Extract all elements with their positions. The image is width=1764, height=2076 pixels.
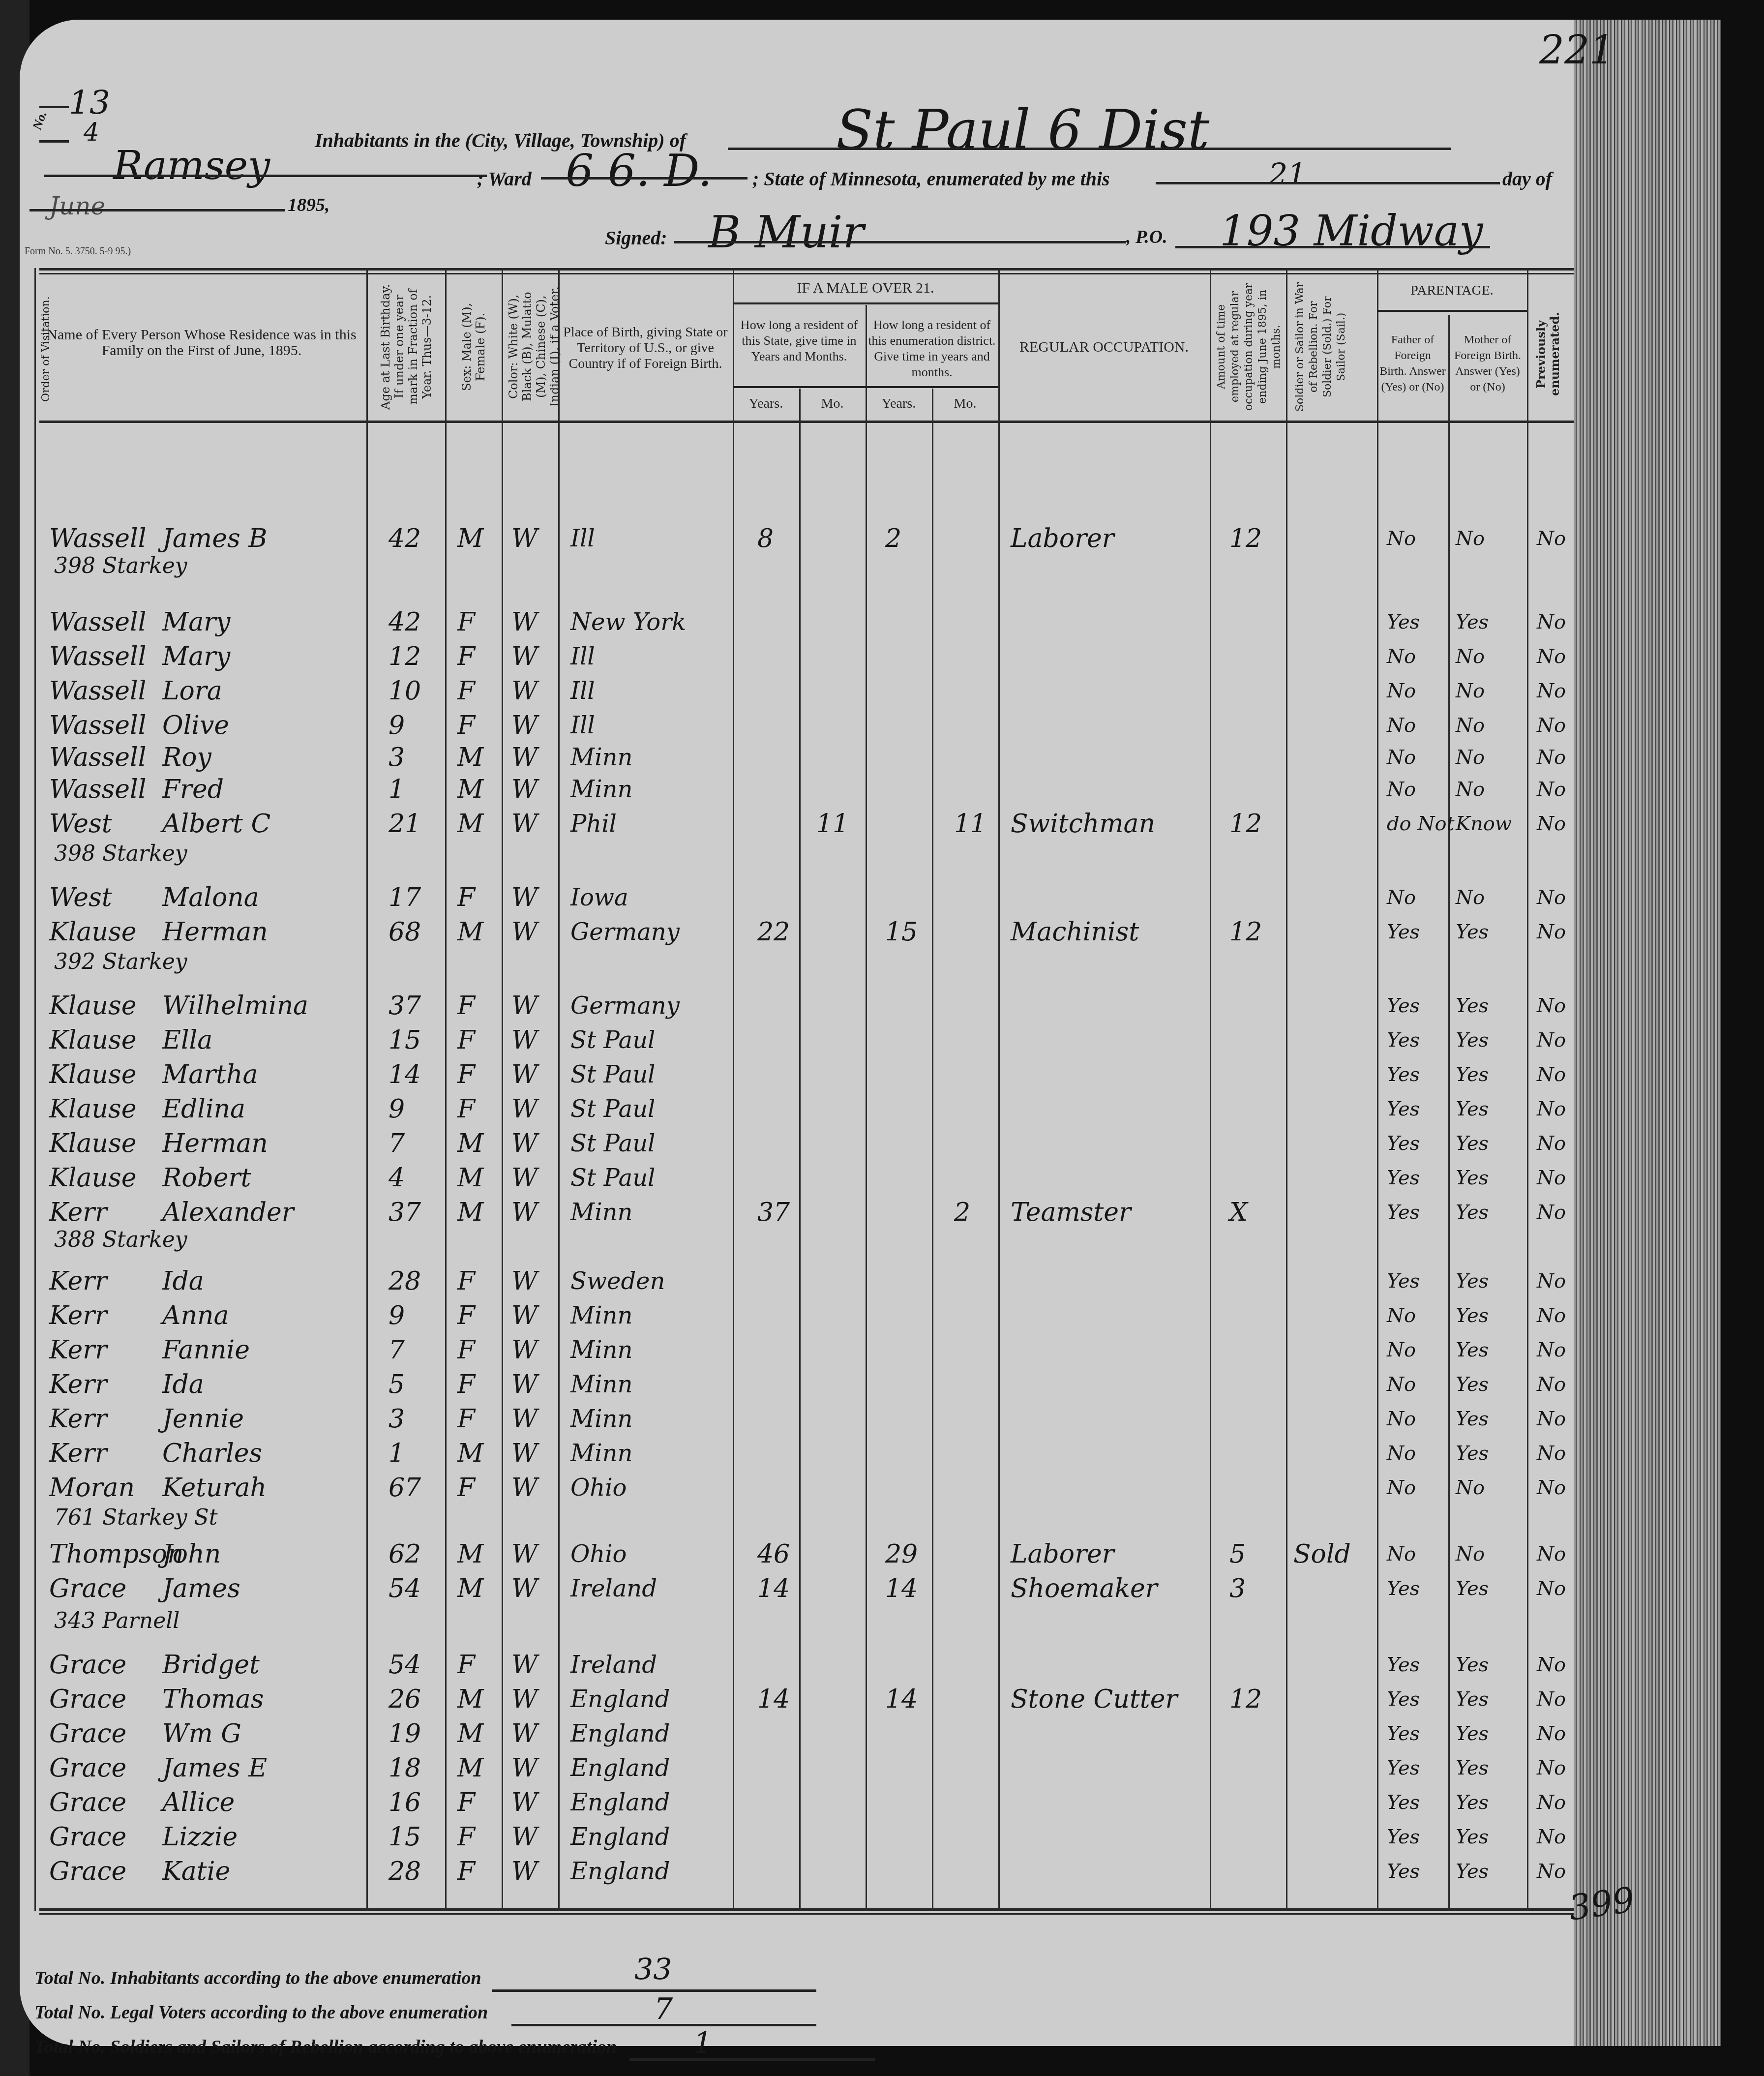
color-cell: W — [511, 1537, 538, 1571]
sex-cell: F — [457, 708, 475, 743]
employed-cell: 12 — [1229, 521, 1262, 556]
sex-cell: F — [457, 1333, 475, 1367]
age-cell: 37 — [389, 989, 421, 1023]
age-cell: 14 — [389, 1057, 421, 1092]
father-foreign-cell: Yes — [1387, 1571, 1420, 1606]
father-foreign-cell: No — [1387, 1537, 1416, 1571]
age-cell: 7 — [389, 1126, 405, 1161]
age-cell: 16 — [389, 1785, 421, 1820]
day-value: 21 — [1269, 157, 1306, 192]
birthplace-cell: England — [570, 1785, 670, 1820]
col-color: Color: White (W), Black (B), Mulatto (M)… — [507, 280, 553, 413]
father-foreign-cell: do Not — [1387, 807, 1455, 841]
surname-cell: Wassell — [49, 674, 146, 708]
father-foreign-cell: Yes — [1387, 915, 1420, 949]
col-occupation: REGULAR OCCUPATION. — [998, 339, 1210, 355]
father-foreign-cell: No — [1387, 674, 1416, 708]
mother-foreign-cell: Yes — [1456, 1333, 1489, 1367]
total-soldiers-label: Total No. Soldiers and Sailors of Rebell… — [34, 2036, 617, 2058]
table-row: GraceJames E18MWEnglandYesYesNo — [0, 1751, 1574, 1785]
surname-cell: Grace — [49, 1820, 126, 1854]
sex-cell: M — [457, 1682, 483, 1716]
previously-enumerated-cell: No — [1537, 1682, 1566, 1716]
sex-cell: F — [457, 1298, 475, 1333]
address-note: 398 Starkey — [54, 841, 187, 866]
age-cell: 18 — [389, 1751, 421, 1785]
table-row: WassellMary42FWNew YorkYesYesNo — [0, 605, 1574, 639]
father-foreign-cell: No — [1387, 740, 1416, 775]
surname-cell: Kerr — [49, 1264, 107, 1298]
color-cell: W — [511, 1402, 538, 1436]
color-cell: W — [511, 1471, 538, 1505]
table-row: WassellLora10FWIllNoNoNo — [0, 674, 1574, 708]
given-name-cell: Wilhelmina — [162, 989, 308, 1023]
sex-cell: F — [457, 1367, 475, 1402]
table-row: KerrIda5FWMinnNoYesNo — [0, 1367, 1574, 1402]
given-name-cell: Edlina — [162, 1092, 245, 1126]
signed-value: B Muir — [708, 207, 864, 258]
occupation-cell: Machinist — [1011, 915, 1139, 949]
color-cell: W — [511, 1682, 538, 1716]
age-cell: 28 — [389, 1854, 421, 1889]
sex-cell: F — [457, 1402, 475, 1436]
mother-foreign-cell: Yes — [1456, 915, 1489, 949]
surname-cell: Klause — [49, 1023, 136, 1057]
table-row: KerrFannie7FWMinnNoYesNo — [0, 1333, 1574, 1367]
col-name: Name of Every Person Whose Residence was… — [44, 327, 359, 359]
birthplace-cell: Germany — [570, 989, 680, 1023]
given-name-cell: Katie — [162, 1854, 230, 1889]
previously-enumerated-cell: No — [1537, 1571, 1566, 1606]
sex-cell: F — [457, 639, 475, 674]
col-age: Age at Last Birthday. If under one year … — [379, 280, 433, 413]
surname-cell: Wassell — [49, 708, 146, 743]
age-cell: 42 — [389, 605, 421, 639]
age-cell: 17 — [389, 880, 421, 915]
table-row: GraceLizzie15FWEnglandYesYesNo — [0, 1820, 1574, 1854]
birthplace-cell: Germany — [570, 915, 680, 949]
surname-cell: Grace — [49, 1854, 126, 1889]
age-cell: 21 — [389, 807, 421, 841]
table-row: KlauseWilhelmina37FWGermanyYesYesNo — [0, 989, 1574, 1023]
sex-cell: F — [457, 1854, 475, 1889]
surname-cell: Wassell — [49, 605, 146, 639]
col-birthplace: Place of Birth, giving State or Territor… — [563, 325, 728, 372]
given-name-cell: Fannie — [162, 1333, 250, 1367]
surname-cell: Kerr — [49, 1402, 107, 1436]
birthplace-cell: Minn — [570, 740, 632, 775]
age-cell: 54 — [389, 1648, 421, 1682]
age-cell: 9 — [389, 1092, 405, 1126]
col-state-years: Years. — [733, 396, 799, 412]
age-cell: 62 — [389, 1537, 421, 1571]
birthplace-cell: Ohio — [570, 1537, 627, 1571]
mother-foreign-cell: Yes — [1456, 1195, 1489, 1230]
occupation-cell: Switchman — [1011, 807, 1155, 841]
col-male-over-21: IF A MALE OVER 21. — [733, 280, 998, 296]
birthplace-cell: England — [570, 1854, 670, 1889]
father-foreign-cell: Yes — [1387, 1057, 1420, 1092]
given-name-cell: Herman — [162, 915, 268, 949]
state-years-cell: 14 — [757, 1571, 790, 1606]
father-foreign-cell: Yes — [1387, 1126, 1420, 1161]
age-cell: 7 — [389, 1333, 405, 1367]
table-row: GraceWm G19MWEnglandYesYesNo — [0, 1716, 1574, 1751]
employed-cell: 12 — [1229, 1682, 1262, 1716]
previously-enumerated-cell: No — [1537, 639, 1566, 674]
color-cell: W — [511, 639, 538, 674]
previously-enumerated-cell: No — [1537, 1537, 1566, 1571]
col-sex: Sex: Male (M), Female (F). — [460, 280, 489, 413]
father-foreign-cell: No — [1387, 639, 1416, 674]
birthplace-cell: St Paul — [570, 1161, 655, 1195]
birthplace-cell: St Paul — [570, 1023, 655, 1057]
color-cell: W — [511, 1367, 538, 1402]
birthplace-cell: St Paul — [570, 1126, 655, 1161]
given-name-cell: Ida — [162, 1264, 204, 1298]
form-number: Form No. 5. 3750. 5-9 95.) — [25, 246, 131, 257]
table-row: KlauseElla15FWSt PaulYesYesNo — [0, 1023, 1574, 1057]
sex-cell: F — [457, 1023, 475, 1057]
sex-cell: M — [457, 1126, 483, 1161]
table-row: KerrCharles1MWMinnNoYesNo — [0, 1436, 1574, 1471]
table-row: ThompsonJohn62MWOhio4629Laborer5SoldNoNo… — [0, 1537, 1574, 1571]
previously-enumerated-cell: No — [1537, 674, 1566, 708]
employed-cell: 3 — [1229, 1571, 1246, 1606]
total-inhabitants-label: Total No. Inhabitants according to the a… — [34, 1967, 481, 1989]
color-cell: W — [511, 1648, 538, 1682]
age-cell: 12 — [389, 639, 421, 674]
given-name-cell: Charles — [162, 1436, 262, 1471]
father-foreign-cell: Yes — [1387, 1161, 1420, 1195]
birthplace-cell: Ohio — [570, 1471, 627, 1505]
color-cell: W — [511, 1161, 538, 1195]
age-cell: 5 — [389, 1367, 405, 1402]
mother-foreign-cell: Yes — [1456, 1298, 1489, 1333]
previously-enumerated-cell: No — [1537, 1436, 1566, 1471]
mother-foreign-cell: No — [1456, 639, 1485, 674]
sex-cell: F — [457, 605, 475, 639]
mother-foreign-cell: Yes — [1456, 1820, 1489, 1854]
state-years-cell: 37 — [757, 1195, 790, 1230]
sex-cell: F — [457, 1471, 475, 1505]
mother-foreign-cell: Yes — [1456, 1648, 1489, 1682]
previously-enumerated-cell: No — [1537, 1751, 1566, 1785]
color-cell: W — [511, 1785, 538, 1820]
color-cell: W — [511, 1854, 538, 1889]
given-name-cell: Lizzie — [162, 1820, 238, 1854]
birthplace-cell: Ireland — [570, 1571, 657, 1606]
table-row: GraceKatie28FWEnglandYesYesNo — [0, 1854, 1574, 1889]
age-cell: 9 — [389, 1298, 405, 1333]
previously-enumerated-cell: No — [1537, 1854, 1566, 1889]
previously-enumerated-cell: No — [1537, 1264, 1566, 1298]
color-cell: W — [511, 1264, 538, 1298]
given-name-cell: Martha — [162, 1057, 258, 1092]
district-months-cell: 11 — [954, 807, 987, 841]
age-cell: 4 — [389, 1161, 405, 1195]
given-name-cell: Bridget — [162, 1648, 260, 1682]
table-row: KlauseEdlina9FWSt PaulYesYesNo — [0, 1092, 1574, 1126]
state-years-cell: 22 — [757, 915, 790, 949]
age-cell: 3 — [389, 1402, 405, 1436]
col-parentage: PARENTAGE. — [1377, 283, 1527, 299]
total-soldiers-value: 1 — [693, 2026, 712, 2061]
previously-enumerated-cell: No — [1537, 1333, 1566, 1367]
surname-cell: Grace — [49, 1648, 126, 1682]
district-years-cell: 2 — [885, 521, 901, 556]
age-cell: 19 — [389, 1716, 421, 1751]
color-cell: W — [511, 708, 538, 743]
father-foreign-cell: No — [1387, 1298, 1416, 1333]
state-months-cell: 11 — [816, 807, 849, 841]
mother-foreign-cell: No — [1456, 772, 1485, 807]
birthplace-cell: St Paul — [570, 1057, 655, 1092]
color-cell: W — [511, 772, 538, 807]
given-name-cell: Roy — [162, 740, 211, 775]
given-name-cell: Ida — [162, 1367, 204, 1402]
page-number: 221 — [1539, 27, 1615, 73]
mother-foreign-cell: Yes — [1456, 1057, 1489, 1092]
signed-label: Signed: — [605, 226, 667, 249]
table-row: KlauseMartha14FWSt PaulYesYesNo — [0, 1057, 1574, 1092]
occupation-cell: Stone Cutter — [1011, 1682, 1177, 1716]
col-previously: Previously enumerated. — [1534, 295, 1559, 413]
sex-cell: M — [457, 1537, 483, 1571]
month-value: June — [49, 192, 105, 220]
district-years-cell: 29 — [885, 1537, 918, 1571]
color-cell: W — [511, 1057, 538, 1092]
age-cell: 68 — [389, 915, 421, 949]
given-name-cell: Keturah — [162, 1471, 267, 1505]
col-mother: Mother of Foreign Birth. Answer (Yes) or… — [1451, 332, 1525, 395]
color-cell: W — [511, 989, 538, 1023]
mother-foreign-cell: Yes — [1456, 1092, 1489, 1126]
age-cell: 28 — [389, 1264, 421, 1298]
given-name-cell: Fred — [162, 772, 224, 807]
father-foreign-cell: No — [1387, 1436, 1416, 1471]
col-employed: Amount of time employed at regular occup… — [1215, 280, 1279, 413]
mother-foreign-cell: Yes — [1456, 1402, 1489, 1436]
color-cell: W — [511, 807, 538, 841]
color-cell: W — [511, 1716, 538, 1751]
previously-enumerated-cell: No — [1537, 605, 1566, 639]
sex-cell: M — [457, 1436, 483, 1471]
given-name-cell: Alexander — [162, 1195, 294, 1230]
birthplace-cell: Ireland — [570, 1648, 657, 1682]
table-row: WassellJames B42MWIll82Laborer12NoNoNo — [0, 521, 1574, 556]
address-note: 392 Starkey — [54, 949, 187, 974]
given-name-cell: Thomas — [162, 1682, 264, 1716]
father-foreign-cell: No — [1387, 1471, 1416, 1505]
age-cell: 26 — [389, 1682, 421, 1716]
age-cell: 3 — [389, 740, 405, 775]
age-cell: 15 — [389, 1023, 421, 1057]
father-foreign-cell: Yes — [1387, 1195, 1420, 1230]
color-cell: W — [511, 1298, 538, 1333]
previously-enumerated-cell: No — [1537, 1195, 1566, 1230]
table-row: KlauseRobert4MWSt PaulYesYesNo — [0, 1161, 1574, 1195]
table-row: WassellRoy3MWMinnNoNoNo — [0, 740, 1574, 775]
previously-enumerated-cell: No — [1537, 1367, 1566, 1402]
sex-cell: F — [457, 1264, 475, 1298]
ward-label: ; Ward — [477, 167, 532, 190]
address-note: 761 Starkey St — [54, 1505, 217, 1530]
previously-enumerated-cell: No — [1537, 740, 1566, 775]
mother-foreign-cell: Yes — [1456, 1682, 1489, 1716]
mother-foreign-cell: No — [1456, 1471, 1485, 1505]
sex-cell: M — [457, 1195, 483, 1230]
table-row: GraceJames54MWIreland1414Shoemaker3YesYe… — [0, 1571, 1574, 1606]
year-label: 1895, — [288, 194, 330, 216]
age-cell: 67 — [389, 1471, 421, 1505]
surname-cell: Wassell — [49, 639, 146, 674]
col-state-res: How long a resident of this State, give … — [735, 317, 863, 364]
previously-enumerated-cell: No — [1537, 880, 1566, 915]
mother-foreign-cell: Yes — [1456, 1571, 1489, 1606]
table-row: KerrAnna9FWMinnNoYesNo — [0, 1298, 1574, 1333]
surname-cell: Wassell — [49, 521, 146, 556]
given-name-cell: Albert C — [162, 807, 270, 841]
color-cell: W — [511, 1751, 538, 1785]
previously-enumerated-cell: No — [1537, 521, 1566, 556]
given-name-cell: James E — [162, 1751, 267, 1785]
birthplace-cell: Minn — [570, 1298, 632, 1333]
mother-foreign-cell: No — [1456, 740, 1485, 775]
ward-value: 6 6. D. — [566, 145, 712, 197]
father-foreign-cell: Yes — [1387, 1092, 1420, 1126]
mother-foreign-cell: No — [1456, 1537, 1485, 1571]
state-label: ; State of Minnesota, enumerated by me t… — [752, 167, 1110, 190]
county-value: Ramsey — [113, 143, 270, 188]
day-of-label: day of — [1502, 167, 1552, 190]
soldier-cell: Sold — [1293, 1537, 1351, 1571]
table-row: WassellFred1MWMinnNoNoNo — [0, 772, 1574, 807]
mother-foreign-cell: Know — [1456, 807, 1512, 841]
father-foreign-cell: Yes — [1387, 1023, 1420, 1057]
col-father: Father of Foreign Birth. Answer (Yes) or… — [1379, 332, 1446, 395]
sex-cell: F — [457, 674, 475, 708]
sex-cell: F — [457, 1820, 475, 1854]
mother-foreign-cell: Yes — [1456, 989, 1489, 1023]
sex-cell: F — [457, 1785, 475, 1820]
father-foreign-cell: Yes — [1387, 1682, 1420, 1716]
sex-cell: M — [457, 1571, 483, 1606]
state-years-cell: 8 — [757, 521, 774, 556]
table-row: MoranKeturah67FWOhioNoNoNo — [0, 1471, 1574, 1505]
previously-enumerated-cell: No — [1537, 1820, 1566, 1854]
inhabitants-value: St Paul 6 Dist — [836, 98, 1209, 161]
address-note: 343 Parnell — [54, 1608, 179, 1633]
birthplace-cell: St Paul — [570, 1092, 655, 1126]
employed-cell: X — [1229, 1195, 1248, 1230]
given-name-cell: Olive — [162, 708, 229, 743]
mother-foreign-cell: No — [1456, 880, 1485, 915]
address-note: 388 Starkey — [54, 1227, 187, 1252]
color-cell: W — [511, 1820, 538, 1854]
previously-enumerated-cell: No — [1537, 1648, 1566, 1682]
father-foreign-cell: No — [1387, 521, 1416, 556]
surname-cell: Grace — [49, 1682, 126, 1716]
father-foreign-cell: Yes — [1387, 1751, 1420, 1785]
surname-cell: Kerr — [49, 1333, 107, 1367]
color-cell: W — [511, 674, 538, 708]
birthplace-cell: Ill — [570, 674, 595, 708]
previously-enumerated-cell: No — [1537, 708, 1566, 743]
given-name-cell: Malona — [162, 880, 259, 915]
birthplace-cell: Iowa — [570, 880, 628, 915]
col-district-res: How long a resident of this enumeration … — [868, 317, 996, 380]
birthplace-cell: Phil — [570, 807, 617, 841]
surname-cell: Grace — [49, 1716, 126, 1751]
sex-cell: F — [457, 989, 475, 1023]
previously-enumerated-cell: No — [1537, 915, 1566, 949]
total-inhabitants-value: 33 — [634, 1953, 672, 1987]
state-years-cell: 14 — [757, 1682, 790, 1716]
given-name-cell: Ella — [162, 1023, 212, 1057]
district-months-cell: 2 — [954, 1195, 970, 1230]
color-cell: W — [511, 1436, 538, 1471]
surname-cell: Grace — [49, 1751, 126, 1785]
state-years-cell: 46 — [757, 1537, 790, 1571]
table-row: GraceThomas26MWEngland1414Stone Cutter12… — [0, 1682, 1574, 1716]
surname-cell: Kerr — [49, 1195, 107, 1230]
sex-cell: F — [457, 880, 475, 915]
previously-enumerated-cell: No — [1537, 1402, 1566, 1436]
page-edges — [1574, 20, 1721, 2046]
father-foreign-cell: No — [1387, 1402, 1416, 1436]
employed-cell: 12 — [1229, 807, 1262, 841]
father-foreign-cell: Yes — [1387, 989, 1420, 1023]
table-row: KerrAlexander37MWMinn372TeamsterXYesYesN… — [0, 1195, 1574, 1230]
mother-foreign-cell: Yes — [1456, 1023, 1489, 1057]
color-cell: W — [511, 1571, 538, 1606]
surname-cell: West — [49, 807, 112, 841]
employed-cell: 5 — [1229, 1537, 1246, 1571]
previously-enumerated-cell: No — [1537, 807, 1566, 841]
table-row: WassellMary12FWIllNoNoNo — [0, 639, 1574, 674]
table-row: KlauseHerman7MWSt PaulYesYesNo — [0, 1126, 1574, 1161]
previously-enumerated-cell: No — [1537, 1298, 1566, 1333]
mother-foreign-cell: Yes — [1456, 1126, 1489, 1161]
birthplace-cell: Minn — [570, 1333, 632, 1367]
mother-foreign-cell: Yes — [1456, 1854, 1489, 1889]
father-foreign-cell: No — [1387, 1367, 1416, 1402]
birthplace-cell: England — [570, 1682, 670, 1716]
previously-enumerated-cell: No — [1537, 1057, 1566, 1092]
color-cell: W — [511, 1126, 538, 1161]
birthplace-cell: Minn — [570, 1195, 632, 1230]
surname-cell: Klause — [49, 1126, 136, 1161]
table-row: GraceBridget54FWIrelandYesYesNo — [0, 1648, 1574, 1682]
birthplace-cell: England — [570, 1716, 670, 1751]
table-row: KerrIda28FWSwedenYesYesNo — [0, 1264, 1574, 1298]
table-row: WassellOlive9FWIllNoNoNo — [0, 708, 1574, 743]
table-row: KlauseHerman68MWGermany2215Machinist12Ye… — [0, 915, 1574, 949]
surname-cell: Grace — [49, 1571, 126, 1606]
previously-enumerated-cell: No — [1537, 1471, 1566, 1505]
total-voters-label: Total No. Legal Voters according to the … — [34, 2002, 488, 2023]
surname-cell: Grace — [49, 1785, 126, 1820]
surname-cell: Klause — [49, 915, 136, 949]
father-foreign-cell: Yes — [1387, 1264, 1420, 1298]
employed-cell: 12 — [1229, 915, 1262, 949]
given-name-cell: James — [162, 1571, 240, 1606]
surname-cell: Klause — [49, 1092, 136, 1126]
mother-foreign-cell: Yes — [1456, 1264, 1489, 1298]
given-name-cell: Anna — [162, 1298, 229, 1333]
age-cell: 42 — [389, 521, 421, 556]
